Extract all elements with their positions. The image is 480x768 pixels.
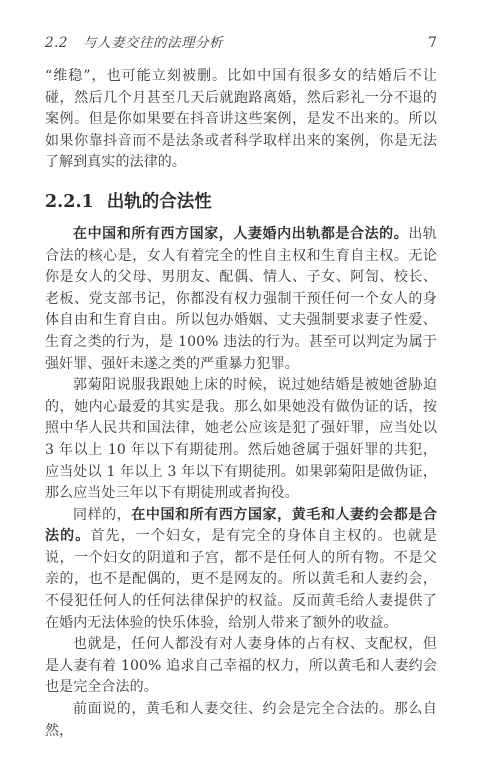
paragraph-continuation: “维稳”，也可能立刻被删。比如中国有很多女的结婚后不让碰，然后几个月甚至几天后就… [45,66,437,174]
subsection-heading: 2.2.1出轨的合法性 [45,188,437,213]
running-header: 2.2与人妻交往的法理分析 7 [45,31,437,51]
paragraph-transition: 前面说的，黄毛和人妻交往、约会是完全合法的。那么自然， [45,699,437,742]
paragraph-text: 前面说的，黄毛和人妻交往、约会是完全合法的。那么自然， [45,701,437,739]
subsection-number: 2.2.1 [45,192,94,212]
bold-statement: 在中国和所有西方国家，人妻婚内出轨都是合法的。 [73,226,408,242]
running-title: 2.2与人妻交往的法理分析 [45,31,223,51]
paragraph-text: “维稳”，也可能立刻被删。比如中国有很多女的结婚后不让碰，然后几个月甚至几天后就… [45,68,437,170]
running-section-number: 2.2 [45,35,68,51]
paragraph-text: 首先，一个妇女，是有完全的身体自主权的。也就是说，一个妇女的阴道和子宫，都不是任… [45,528,437,630]
paragraph-text: 也就是，任何人都没有对人妻身体的占有权、支配权，但是人妻有着 100% 追求自己… [45,636,437,695]
subsection-title: 出轨的合法性 [107,192,212,212]
paragraph-text: 出轨合法的核心是，女人有着完全的性自主权和生育自主权。无论你是女人的父母、男朋友… [45,226,437,372]
page-body: “维稳”，也可能立刻被删。比如中国有很多女的结婚后不让碰，然后几个月甚至几天后就… [45,66,437,742]
paragraph-dating-legality: 同样的，在中国和所有西方国家，黄毛和人妻约会都是合法的。首先，一个妇女，是有完全… [45,505,437,635]
document-page: 2.2与人妻交往的法理分析 7 “维稳”，也可能立刻被删。比如中国有很多女的结婚… [0,0,480,768]
paragraph-case-example: 郭菊阳说服我跟她上床的时候，说过她结婚是被她爸胁迫的，她内心最爱的其实是我。那么… [45,375,437,505]
paragraph-autonomy-summary: 也就是，任何人都没有对人妻身体的占有权、支配权，但是人妻有着 100% 追求自己… [45,634,437,699]
running-section-title: 与人妻交往的法理分析 [83,35,223,51]
paragraph-adultery-legality: 在中国和所有西方国家，人妻婚内出轨都是合法的。出轨合法的核心是，女人有着完全的性… [45,224,437,375]
page-number: 7 [428,35,437,51]
paragraph-text: 郭菊阳说服我跟她上床的时候，说过她结婚是被她爸胁迫的，她内心最爱的其实是我。那么… [45,377,437,501]
paragraph-lead-text: 同样的， [73,507,131,523]
